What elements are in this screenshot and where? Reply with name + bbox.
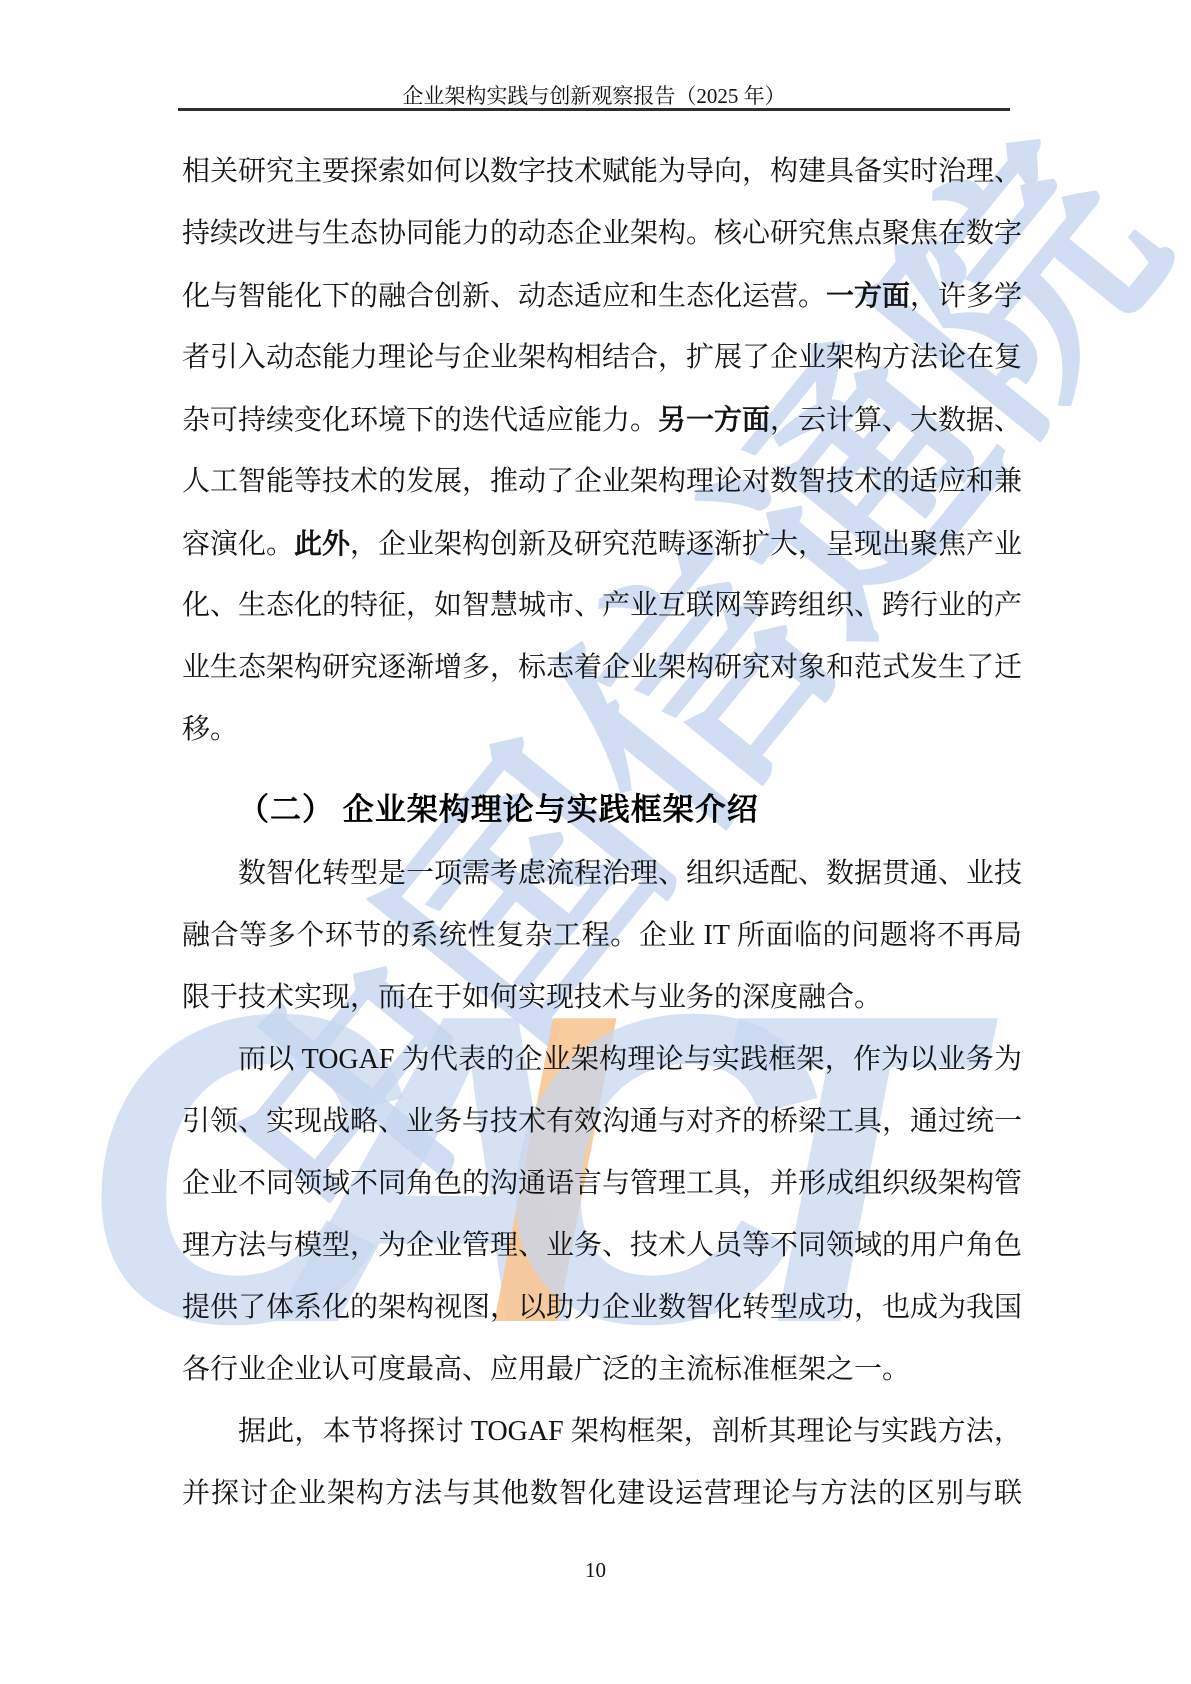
- body-text: 并探讨企业架构方法与其他数智化建设运营理论与方法的区别与联: [182, 1478, 1022, 1509]
- bold-emphasis-text: 另一方面: [658, 404, 770, 435]
- body-text: 移。: [182, 714, 238, 745]
- body-paragraph: 据此，本节将探讨 TOGAF 架构框架，剖析其理论与实践方法，并探讨企业架构方法…: [182, 1401, 1022, 1525]
- body-line: 杂可持续变化环境下的迭代适应能力。另一方面，云计算、大数据、: [182, 389, 1022, 451]
- body-paragraph: 相关研究主要探索如何以数字技术赋能为导向，构建具备实时治理、持续改进与生态协同能…: [182, 141, 1022, 761]
- body-line: 相关研究主要探索如何以数字技术赋能为导向，构建具备实时治理、: [182, 141, 1022, 203]
- body-line: 而以 TOGAF 为代表的企业架构理论与实践框架，作为以业务为: [182, 1029, 1022, 1091]
- body-text: 业生态架构研究逐渐增多，标志着企业架构研究对象和范式发生了迁: [182, 652, 1022, 683]
- body-line: 各行业企业认可度最高、应用最广泛的主流标准框架之一。: [182, 1339, 1022, 1401]
- body-line: 容演化。此外，企业架构创新及研究范畴逐渐扩大，呈现出聚焦产业: [182, 513, 1022, 575]
- body-text: 据此，本节将探讨 TOGAF 架构框架，剖析其理论与实践方法，: [238, 1416, 1022, 1447]
- body-line: 化、生态化的特征，如智慧城市、产业互联网等跨组织、跨行业的产: [182, 575, 1022, 637]
- body-text: 化、生态化的特征，如智慧城市、产业互联网等跨组织、跨行业的产: [182, 590, 1022, 621]
- body-line: 业生态架构研究逐渐增多，标志着企业架构研究对象和范式发生了迁: [182, 637, 1022, 699]
- header-title: 企业架构实践与创新观察报告（2025 年）: [178, 80, 1010, 110]
- body-line: 化与智能化下的融合创新、动态适应和生态化运营。一方面，许多学: [182, 265, 1022, 327]
- body-text: 相关研究主要探索如何以数字技术赋能为导向，构建具备实时治理、: [182, 156, 1022, 187]
- body-line: 人工智能等技术的发展，推动了企业架构理论对数智技术的适应和兼: [182, 451, 1022, 513]
- body-content: 相关研究主要探索如何以数字技术赋能为导向，构建具备实时治理、持续改进与生态协同能…: [182, 141, 1022, 1525]
- body-line: 移。: [182, 699, 1022, 761]
- body-text: ，许多学: [910, 281, 1022, 312]
- body-text: 者引入动态能力理论与企业架构相结合，扩展了企业架构方法论在复: [182, 342, 1022, 373]
- body-text: 各行业企业认可度最高、应用最广泛的主流标准框架之一。: [182, 1354, 910, 1385]
- body-text: ，云计算、大数据、: [770, 405, 1022, 436]
- page-number: 10: [0, 1558, 1191, 1583]
- body-line: 限于技术实现，而在于如何实现技术与业务的深度融合。: [182, 967, 1022, 1029]
- body-text: 融合等多个环节的系统性复杂工程。企业 IT 所面临的问题将不再局: [182, 920, 1022, 951]
- bold-emphasis-text: 此外: [294, 528, 350, 559]
- body-text: 人工智能等技术的发展，推动了企业架构理论对数智技术的适应和兼: [182, 466, 1022, 497]
- body-line: 持续改进与生态协同能力的动态企业架构。核心研究焦点聚焦在数字: [182, 203, 1022, 265]
- body-text: 限于技术实现，而在于如何实现技术与业务的深度融合。: [182, 982, 882, 1013]
- body-line: 并探讨企业架构方法与其他数智化建设运营理论与方法的区别与联: [182, 1463, 1022, 1525]
- section-heading: （二） 企业架构理论与实践框架介绍: [182, 779, 1022, 841]
- body-paragraph: 数智化转型是一项需考虑流程治理、组织适配、数据贯通、业技融合等多个环节的系统性复…: [182, 843, 1022, 1029]
- body-text: 化与智能化下的融合创新、动态适应和生态化运营。: [182, 281, 826, 312]
- body-line: 融合等多个环节的系统性复杂工程。企业 IT 所面临的问题将不再局: [182, 905, 1022, 967]
- body-line: 企业不同领域不同角色的沟通语言与管理工具，并形成组织级架构管: [182, 1153, 1022, 1215]
- body-paragraph: 而以 TOGAF 为代表的企业架构理论与实践框架，作为以业务为引领、实现战略、业…: [182, 1029, 1022, 1401]
- body-text: 杂可持续变化环境下的迭代适应能力。: [182, 405, 658, 436]
- body-line: 者引入动态能力理论与企业架构相结合，扩展了企业架构方法论在复: [182, 327, 1022, 389]
- body-line: 理方法与模型，为企业管理、业务、技术人员等不同领域的用户角色: [182, 1215, 1022, 1277]
- bold-emphasis-text: 一方面: [826, 280, 910, 311]
- body-line: 数智化转型是一项需考虑流程治理、组织适配、数据贯通、业技: [182, 843, 1022, 905]
- body-text: 提供了体系化的架构视图，以助力企业数智化转型成功，也成为我国: [182, 1292, 1022, 1323]
- body-text: ，企业架构创新及研究范畴逐渐扩大，呈现出聚焦产业: [350, 529, 1022, 560]
- body-line: 引领、实现战略、业务与技术有效沟通与对齐的桥梁工具，通过统一: [182, 1091, 1022, 1153]
- body-text: 企业不同领域不同角色的沟通语言与管理工具，并形成组织级架构管: [182, 1168, 1022, 1199]
- header-rule: [178, 108, 1010, 111]
- body-line: 据此，本节将探讨 TOGAF 架构框架，剖析其理论与实践方法，: [182, 1401, 1022, 1463]
- body-line: 提供了体系化的架构视图，以助力企业数智化转型成功，也成为我国: [182, 1277, 1022, 1339]
- body-text: 持续改进与生态协同能力的动态企业架构。核心研究焦点聚焦在数字: [182, 218, 1022, 249]
- body-text: 引领、实现战略、业务与技术有效沟通与对齐的桥梁工具，通过统一: [182, 1106, 1022, 1137]
- document-page: 中国信通院 CAICT 企业架构实践与创新观察报告（2025 年） 相关研究主要…: [0, 0, 1191, 1684]
- body-text: 数智化转型是一项需考虑流程治理、组织适配、数据贯通、业技: [238, 858, 1022, 889]
- body-text: 容演化。: [182, 529, 294, 560]
- body-text: 而以 TOGAF 为代表的企业架构理论与实践框架，作为以业务为: [238, 1044, 1022, 1075]
- body-text: 理方法与模型，为企业管理、业务、技术人员等不同领域的用户角色: [182, 1230, 1022, 1261]
